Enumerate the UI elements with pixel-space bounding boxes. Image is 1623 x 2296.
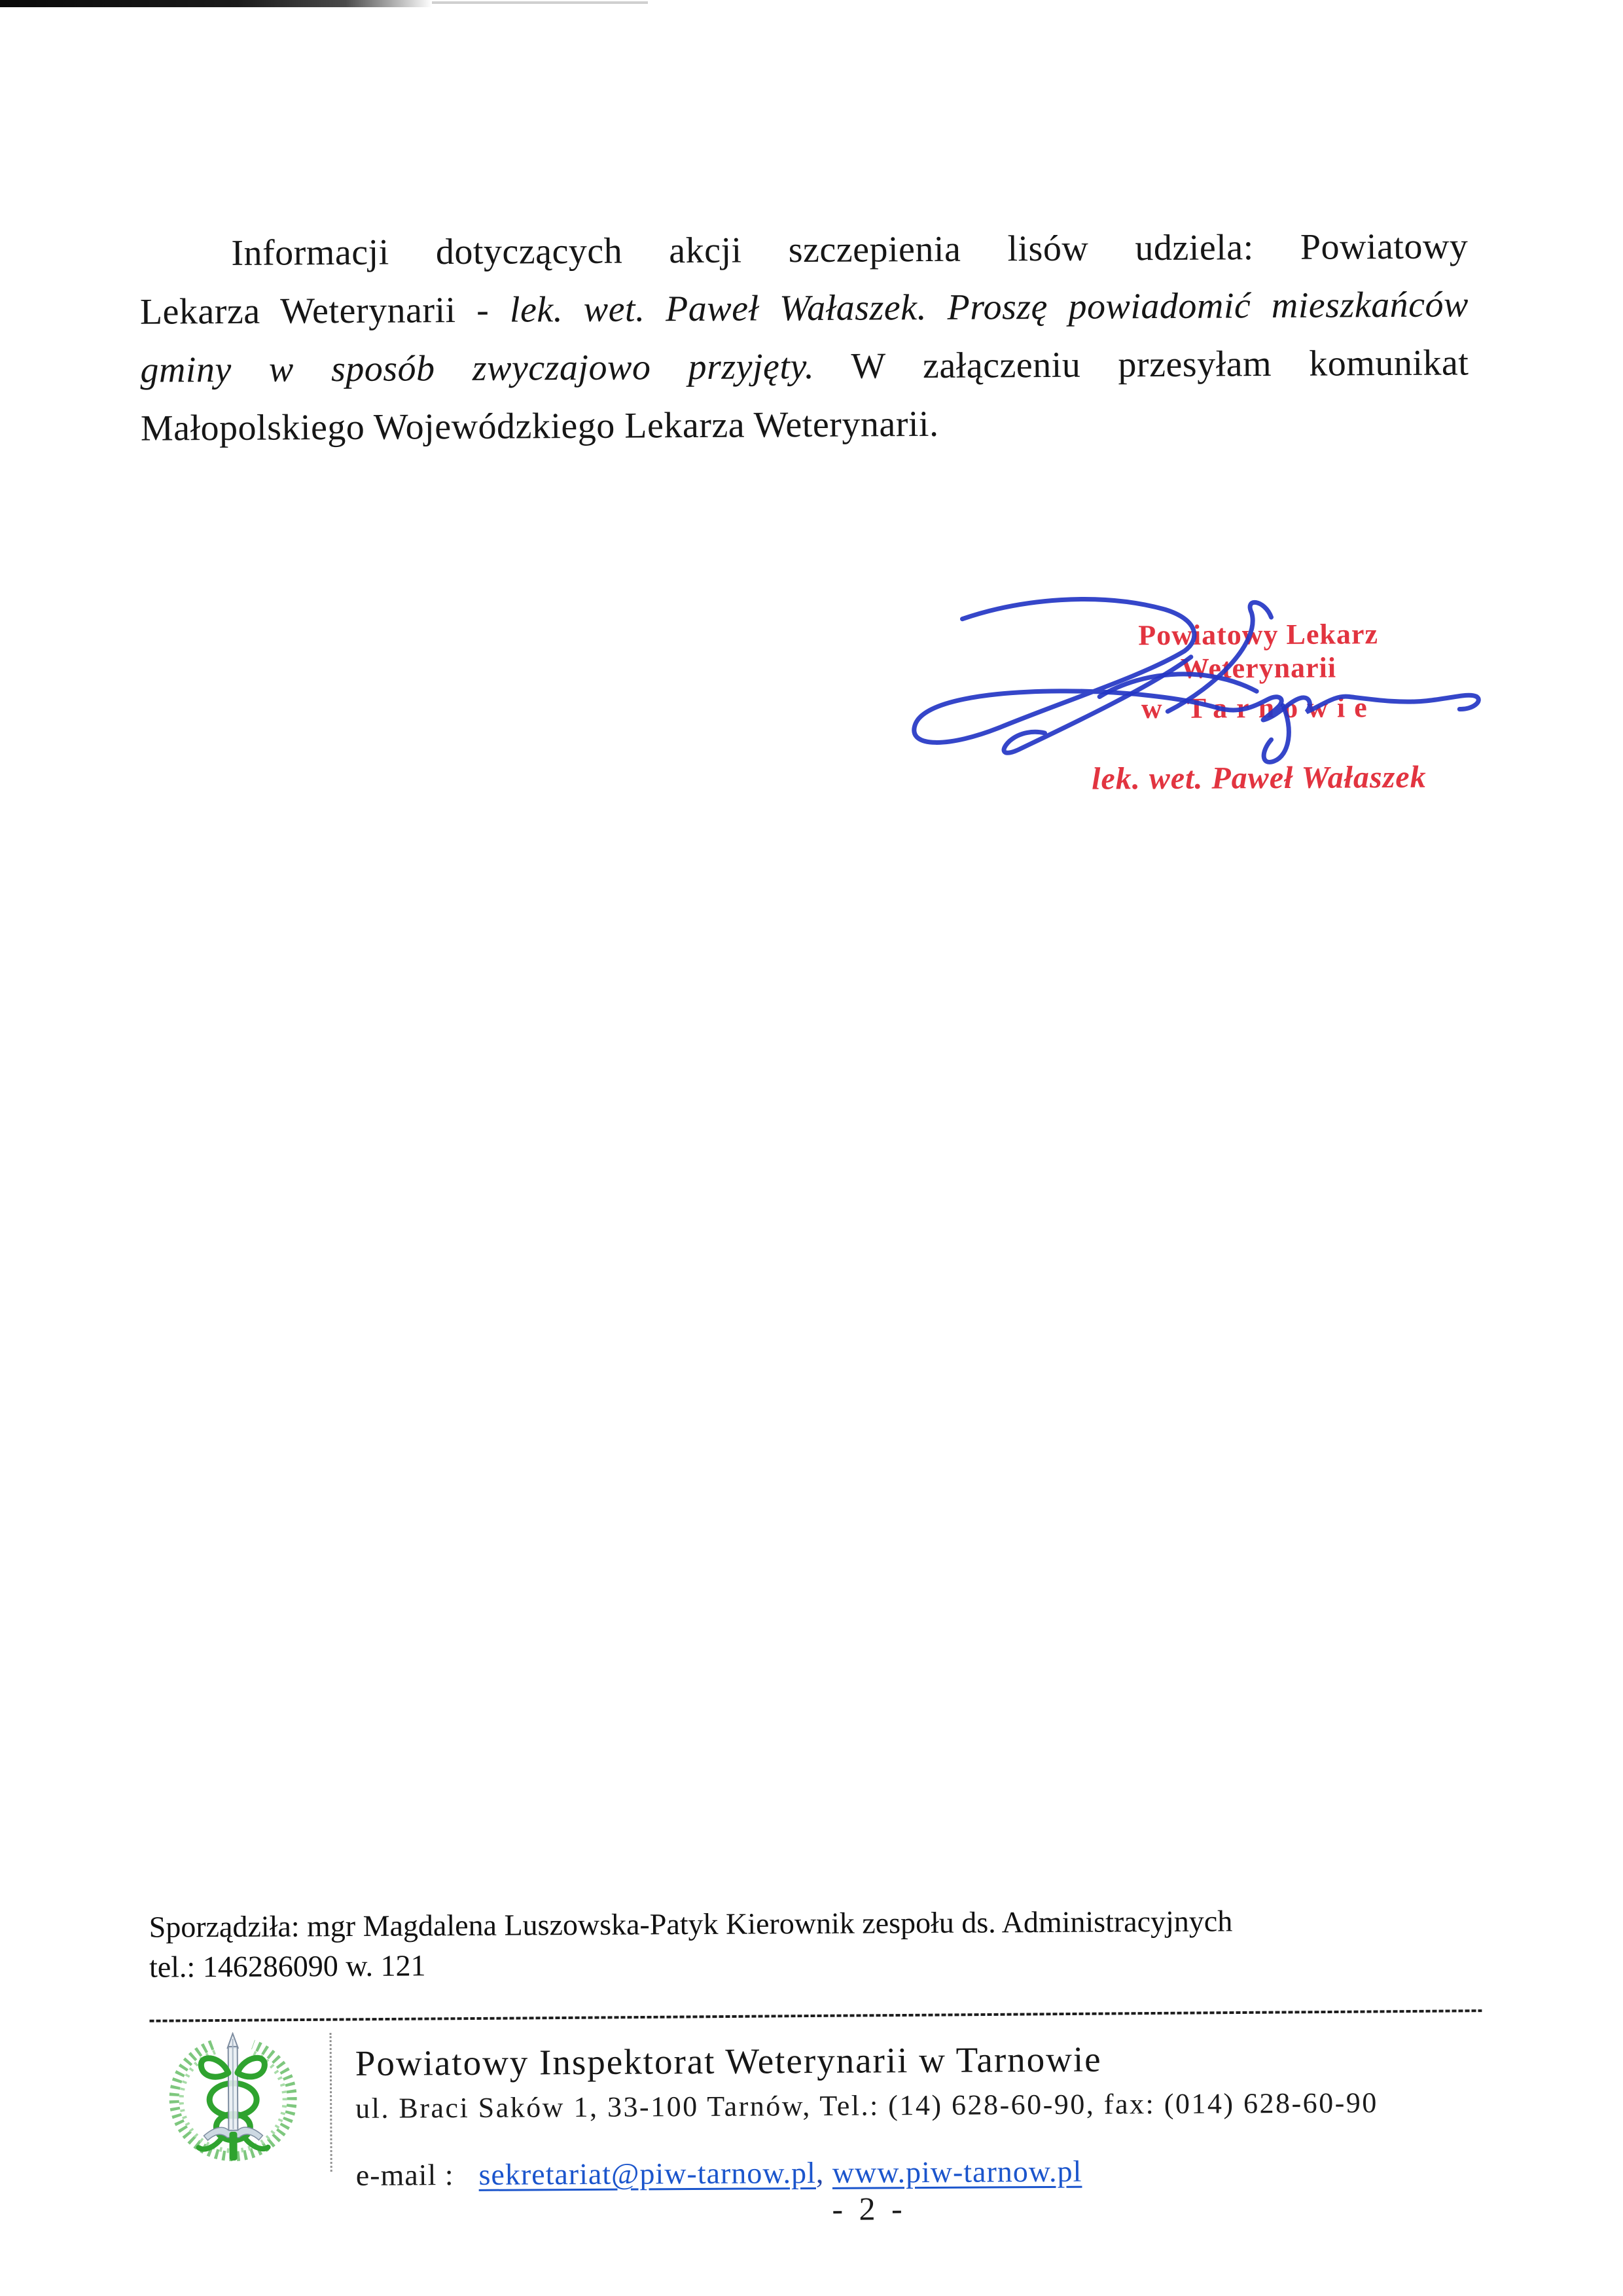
prepared-by-phone: tel.: 146286090 w. 121 [149, 1939, 1524, 1987]
paragraph-line: Informacji dotyczących akcji szczepienia… [139, 217, 1468, 283]
email-link[interactable]: sekretariat@piw-tarnow.pl [478, 2156, 816, 2191]
organization-address: ul. Braci Saków 1, 33-100 Tarnów, Tel.: … [355, 2085, 1507, 2125]
text-segment: Małopolskiego Wojewódzkiego Lekarza Wete… [141, 404, 939, 449]
veterinary-caduceus-icon [160, 2032, 306, 2166]
text-segment: Informacji dotyczących akcji szczepienia… [231, 226, 1468, 274]
page-content: Informacji dotyczących akcji szczepienia… [0, 0, 1623, 2296]
text-segment-italic: gminy w sposób zwyczajowo przyjęty. [140, 346, 814, 391]
email-row: e-mail :sekretariat@piw-tarnow.pl, www.p… [356, 2151, 1508, 2193]
footer-divider-line [330, 2033, 332, 2172]
footer-contact-block: Powiatowy Inspektorat Weterynarii w Tarn… [355, 2037, 1508, 2193]
text-segment: Lekarza Weterynarii - [140, 290, 510, 332]
paragraph-line: Małopolskiego Wojewódzkiego Lekarza Wete… [141, 392, 1469, 457]
paragraph-line: gminy w sposób zwyczajowo przyjęty. W za… [140, 334, 1469, 399]
links-separator: , [816, 2156, 832, 2189]
text-segment-italic: lek. wet. Paweł Wałaszek. Proszę powiado… [510, 284, 1469, 330]
prepared-by-block: Sporządziła: mgr Magdalena Luszowska-Pat… [149, 1899, 1524, 1987]
organization-name: Powiatowy Inspektorat Weterynarii w Tarn… [355, 2037, 1507, 2084]
page-number: - 2 - [791, 2189, 948, 2228]
footer-separator-line [149, 2009, 1482, 2022]
scanned-page: Informacji dotyczących akcji szczepienia… [0, 0, 1623, 2296]
body-paragraph: Informacji dotyczących akcji szczepienia… [139, 217, 1469, 457]
paragraph-line: Lekarza Weterynarii - lek. wet. Paweł Wa… [140, 276, 1469, 341]
text-segment: W załączeniu przesyłam komunikat [814, 342, 1469, 387]
handwritten-signature [902, 593, 1493, 786]
website-link[interactable]: www.piw-tarnow.pl [832, 2155, 1082, 2189]
email-label: e-mail : [356, 2158, 454, 2192]
